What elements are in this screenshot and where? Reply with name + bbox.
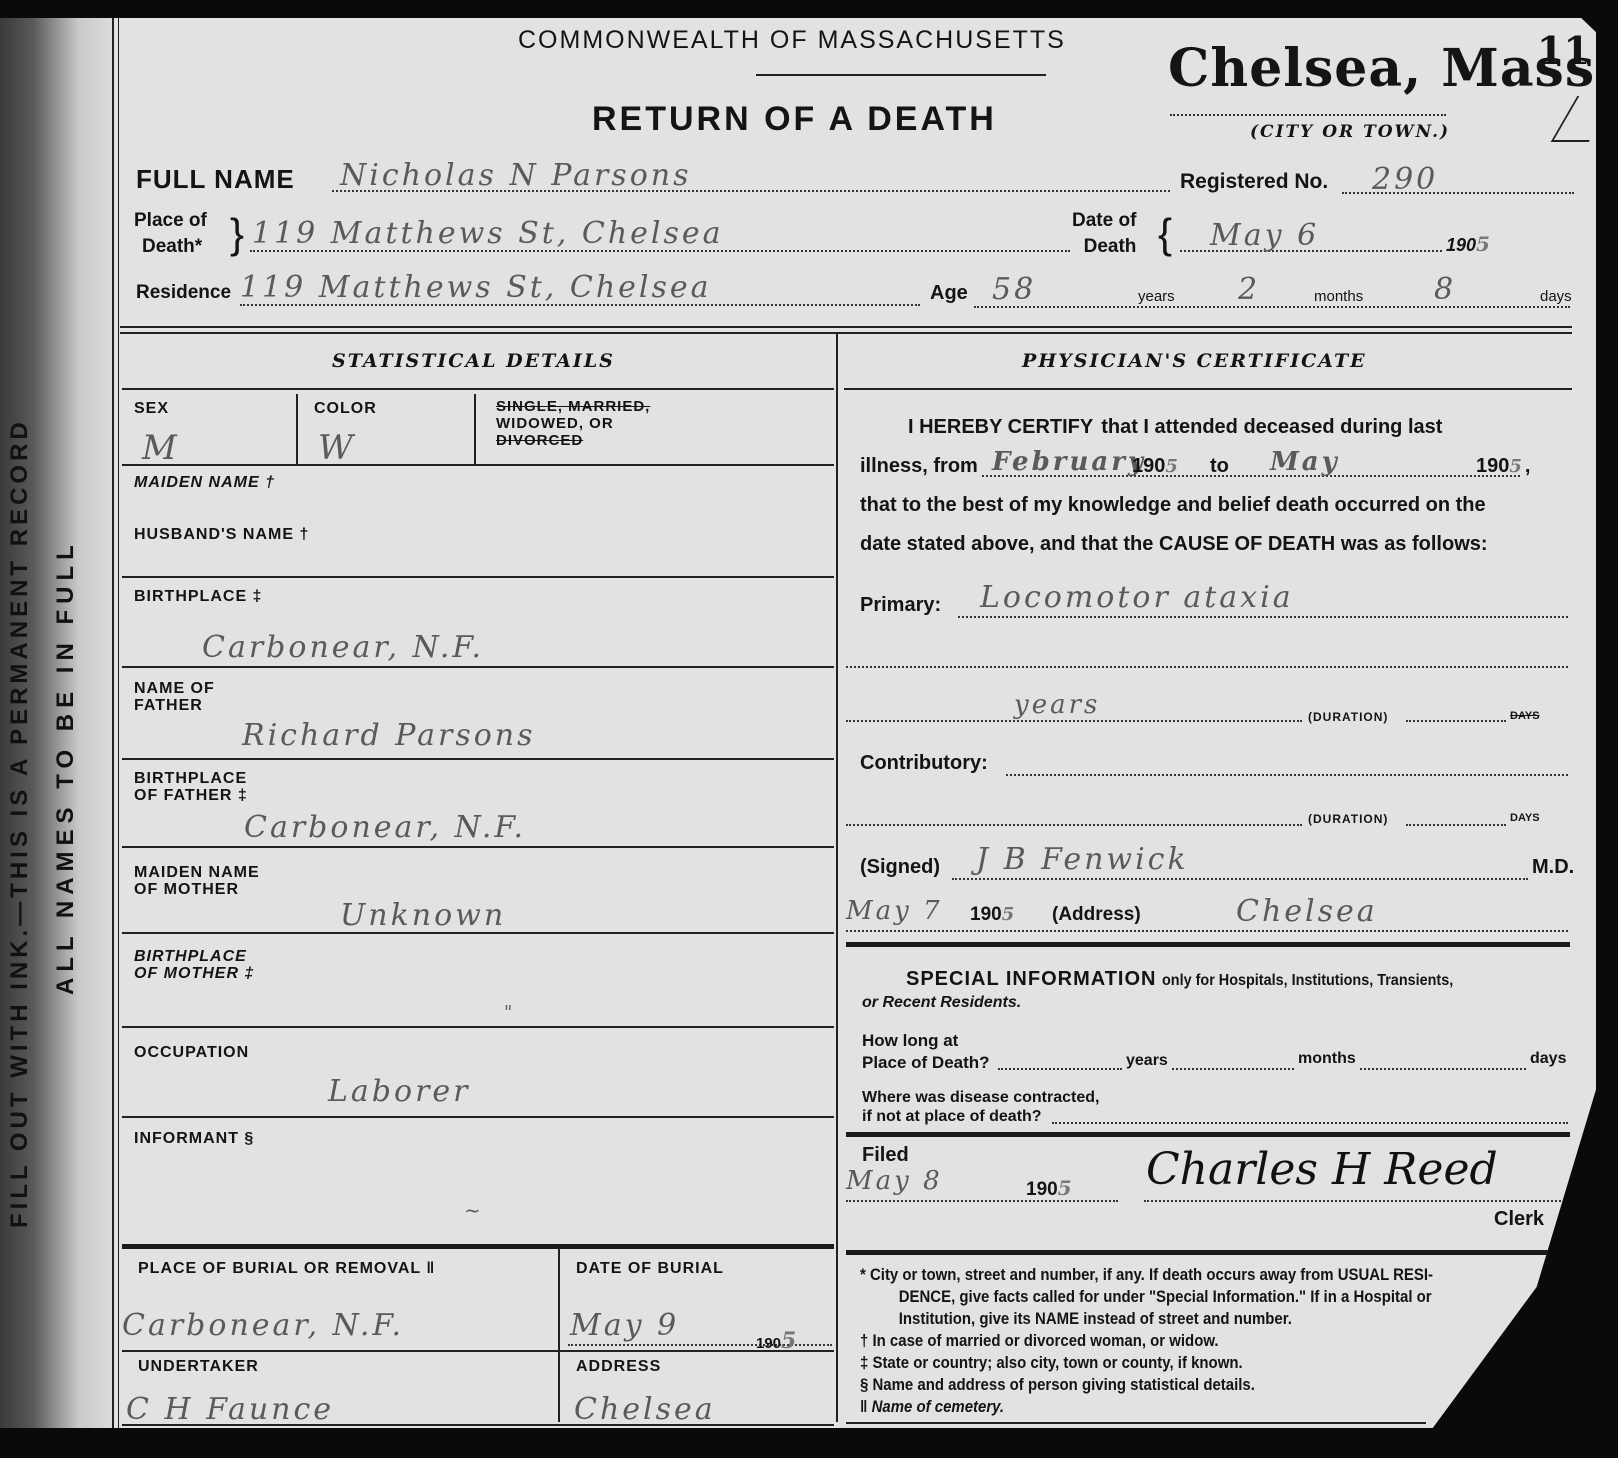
full-name-value[interactable]: Nicholas N Parsons [340,158,691,193]
how-long-days-line [1360,1068,1526,1070]
rule [122,1424,834,1426]
footnote-section: § Name and address of person giving stat… [860,1374,1433,1396]
clerk-label: Clerk [1494,1208,1544,1231]
mother-maiden-label-line1: MAIDEN NAME [134,864,260,881]
marital-widowed: WIDOWED, OR [496,415,650,432]
age-months-value[interactable]: 2 [1238,272,1260,307]
filed-section-rule [846,1132,1570,1137]
place-of-death-label-line1: Place of [134,208,207,234]
special-info-bold: SPECIAL INFORMATION [862,968,1156,990]
illness-from-value[interactable]: February [992,443,1146,482]
margin-instruction-names: ALL NAMES TO BE IN FULL [52,539,80,995]
rule [122,666,834,668]
where-line1: Where was disease contracted, [862,1088,1099,1107]
rule [844,388,1572,390]
marital-single-married: SINGLE, MARRIED, [496,398,650,415]
burial-section-rule [122,1244,834,1249]
city-line [1170,114,1446,116]
top-section-rule [120,332,1572,334]
illness-dates-line: illness, from February 1905 to May 1905, [860,447,1570,486]
how-long-months-line [1172,1068,1294,1070]
contributory-line [1006,774,1568,776]
mother-maiden-label-line2: OF MOTHER [134,881,260,898]
rule [122,846,834,848]
certify-line-1: I HEREBY CERTIFY that I attended decease… [860,408,1570,447]
where-contracted-label: Where was disease contracted, if not at … [862,1088,1099,1126]
md-label: M.D. [1532,848,1574,887]
maiden-name-label: MAIDEN NAME † [134,474,275,492]
color-marital-divider [474,394,476,464]
burial-address-value[interactable]: Chelsea [574,1392,716,1427]
form-title: RETURN OF A DEATH [592,100,997,139]
signed-date-value[interactable]: May 7 [846,896,943,926]
where-contracted-line [1052,1122,1568,1124]
age-label: Age [930,282,968,305]
cause-of-death-label: CAUSE OF DEATH [1159,533,1335,555]
footnotes: * City or town, street and number, if an… [860,1264,1511,1418]
how-long-label: How long at Place of Death? [862,1030,990,1074]
footnote-section-rule [846,1250,1570,1255]
year-suffix[interactable]: 5 [1509,456,1525,477]
father-name-label: NAME OF FATHER [134,680,215,714]
registered-no-label: Registered No. [1180,170,1328,194]
contributory-duration-label: (DURATION) [1308,812,1388,826]
year-suffix[interactable]: 5 [1002,904,1018,925]
rule [122,932,834,934]
special-info-rest: only for Hospitals, Institutions, Transi… [1162,972,1453,990]
date-of-death-label: Date of Death [1072,208,1136,260]
year-prefix: 190 [1026,1179,1058,1200]
informant-label: INFORMANT § [134,1130,254,1148]
burial-address-label: ADDRESS [576,1358,661,1376]
place-of-death-label: Place of Death* [134,208,207,260]
father-label-line1: NAME OF [134,680,215,697]
mother-maiden-value[interactable]: Unknown [340,898,506,933]
rule [846,1422,1426,1424]
footnote-asterisk-cont: DENCE, give facts called for under "Spec… [860,1286,1433,1308]
line4-c: was as follows: [1341,533,1488,555]
year-prefix: 190 [1446,235,1476,255]
rule [122,1350,834,1352]
father-birthplace-label: BIRTHPLACE OF FATHER ‡ [134,770,248,804]
filed-year: 1905 [1026,1176,1075,1201]
mother-birthplace-value[interactable]: " [504,1002,515,1023]
footnote-asterisk-cont2: Institution, give its NAME instead of st… [860,1308,1433,1330]
column-divider [836,334,838,1422]
mother-maiden-label: MAIDEN NAME OF MOTHER [134,864,260,898]
date-of-death-year: 1905 [1446,232,1493,256]
marital-status-options: SINGLE, MARRIED, WIDOWED, OR DIVORCED [496,398,650,449]
city-stamp: Chelsea, Mass [1168,38,1595,99]
to-year: 1905, [1476,447,1530,486]
rule [122,1116,834,1118]
check-mark-icon [1551,96,1616,142]
rule [122,758,834,760]
date-of-burial-label: DATE OF BURIAL [576,1260,724,1278]
certification-text: I HEREBY CERTIFY that I attended decease… [860,408,1570,564]
form-left-border [112,18,119,1428]
signed-date-line [846,930,1568,932]
color-label: COLOR [314,400,377,418]
year-suffix[interactable]: 5 [1058,1176,1075,1200]
how-long-years-label: years [1126,1052,1168,1070]
signed-year: 1905 [970,904,1017,926]
burial-divider [558,1248,560,1422]
from-year: 1905 [1132,447,1181,486]
years-label: years [1138,288,1175,305]
birthplace-value[interactable]: Carbonear, N.F. [202,630,484,665]
death-certificate-form: COMMONWEALTH OF MASSACHUSETTS RETURN OF … [112,18,1596,1428]
how-long-years-line [998,1068,1122,1070]
year-prefix: 190 [970,904,1002,925]
contributory-label: Contributory: [860,744,988,783]
to-label: to [1210,447,1229,486]
sex-color-divider [296,394,298,464]
statistical-details-heading: STATISTICAL DETAILS [332,350,615,372]
father-birthplace-label-line1: BIRTHPLACE [134,770,248,787]
mother-birthplace-label: BIRTHPLACE OF MOTHER ‡ [134,948,254,982]
date-of-death-label-line2: Death [1072,234,1136,260]
special-info-line2: or Recent Residents. [862,994,1021,1012]
informant-value[interactable]: ~ [464,1198,484,1222]
margin-instruction-ink: FILL OUT WITH INK.—THIS IS A PERMANENT R… [6,418,34,1228]
rule [122,1026,834,1028]
age-line [974,306,1570,308]
father-birthplace-label-line2: OF FATHER ‡ [134,787,248,804]
primary-days-label: DAYS [1510,710,1540,722]
date-of-burial-value[interactable]: May 9 [570,1308,679,1343]
certify-line-4: date stated above, and that the CAUSE OF… [860,525,1570,564]
birthplace-label: BIRTHPLACE ‡ [134,588,262,606]
mother-birthplace-label-line1: BIRTHPLACE [134,948,254,965]
rule [122,388,834,390]
sex-value[interactable]: M [142,428,180,468]
year-suffix[interactable]: 5 [1476,232,1493,256]
days-label: days [1540,288,1572,305]
illness-from-label: illness, from [860,455,978,477]
father-birthplace-value[interactable]: Carbonear, N.F. [244,810,526,845]
color-value[interactable]: W [318,428,356,468]
husbands-name-label: HUSBAND'S NAME † [134,526,309,544]
how-long-line2: Place of Death? [862,1052,990,1074]
brace-icon: { [1158,214,1172,254]
line4-a: date stated above, and that the [860,533,1153,555]
signed-label: (Signed) [860,848,940,887]
commonwealth-heading: COMMONWEALTH OF MASSACHUSETTS [518,26,1066,55]
father-name-value[interactable]: Richard Parsons [242,718,536,753]
place-of-death-label-line2: Death* [134,234,207,260]
special-info-heading: SPECIAL INFORMATION only for Hospitals, … [862,968,1486,991]
footnote-asterisk: * City or town, street and number, if an… [860,1264,1433,1286]
place-of-burial-label: PLACE OF BURIAL OR REMOVAL ‖ [138,1260,435,1278]
contributory-days-label: DAYS [1510,812,1540,824]
physician-address-value[interactable]: Chelsea [1236,894,1378,929]
header-rule [756,74,1046,76]
filed-date-value[interactable]: May 8 [846,1166,943,1196]
contributory-days-line [1406,824,1506,826]
footnote-double-dagger: ‡ State or country; also city, town or c… [860,1352,1433,1374]
year-prefix: 190 [1132,455,1165,477]
clerk-signature[interactable]: Charles H Reed [1146,1144,1498,1195]
undertaker-value[interactable]: C H Faunce [126,1392,334,1427]
illness-to-value[interactable]: May [1270,443,1340,482]
marital-divorced: DIVORCED [496,432,650,449]
occupation-label: OCCUPATION [134,1044,249,1062]
rule [122,576,834,578]
corner-number: 11 [1537,28,1590,73]
clerk-signature-line [1144,1200,1568,1202]
top-section-rule [120,326,1572,328]
how-long-months-label: months [1298,1050,1356,1068]
age-days-value[interactable]: 8 [1434,272,1456,307]
year-suffix[interactable]: 5 [1165,456,1181,477]
physician-address-label: (Address) [1052,904,1141,926]
father-label-line2: FATHER [134,697,215,714]
primary-label: Primary: [860,586,941,625]
registered-no-value[interactable]: 290 [1372,162,1438,197]
full-name-label: FULL NAME [136,164,295,195]
primary-duration-value[interactable]: years [1014,690,1100,720]
undertaker-label: UNDERTAKER [138,1358,259,1376]
residence-value[interactable]: 119 Matthews St, Chelsea [240,270,712,305]
place-of-burial-value[interactable]: Carbonear, N.F. [122,1308,404,1343]
contributory-duration-line [846,824,1302,826]
filed-date-line [846,1200,1118,1202]
year-prefix: 190 [1476,455,1509,477]
physician-certificate-heading: PHYSICIAN'S CERTIFICATE [1022,350,1367,372]
certify-rest: that I attended deceased during last [1093,408,1570,447]
primary-days-line [1406,720,1506,722]
residence-label: Residence [136,282,231,304]
footnote-parallel: ‖ Name of cemetery. [860,1396,1433,1418]
place-of-death-value[interactable]: 119 Matthews St, Chelsea [252,216,724,251]
months-label: months [1314,288,1363,305]
primary-duration-line [846,720,1302,722]
how-long-days-label: days [1530,1050,1566,1068]
age-years-value[interactable]: 58 [992,272,1036,307]
certify-line-3: that to the best of my knowledge and bel… [860,486,1570,525]
date-of-death-label-line1: Date of [1072,208,1136,234]
primary-duration-label: (DURATION) [1308,710,1388,724]
physician-signature[interactable]: J B Fenwick [976,842,1189,877]
mother-birthplace-label-line2: OF MOTHER ‡ [134,965,254,982]
signed-line [952,878,1528,880]
city-caption: (CITY OR TOWN.) [1250,122,1450,142]
certify-bold: I HEREBY CERTIFY [908,408,1093,447]
primary-cause-value[interactable]: Locomotor ataxia [980,580,1294,615]
how-long-line1: How long at [862,1030,990,1052]
filed-label: Filed [862,1144,909,1167]
footnote-dagger: † In case of married or divorced woman, … [860,1330,1433,1352]
rule [122,464,834,466]
date-of-death-value[interactable]: May 6 [1210,218,1319,253]
primary-line-2 [846,666,1568,668]
primary-line [958,616,1568,618]
sex-label: SEX [134,400,169,418]
occupation-value[interactable]: Laborer [328,1074,471,1109]
brace-icon: } [230,214,244,254]
special-section-rule [846,942,1570,947]
